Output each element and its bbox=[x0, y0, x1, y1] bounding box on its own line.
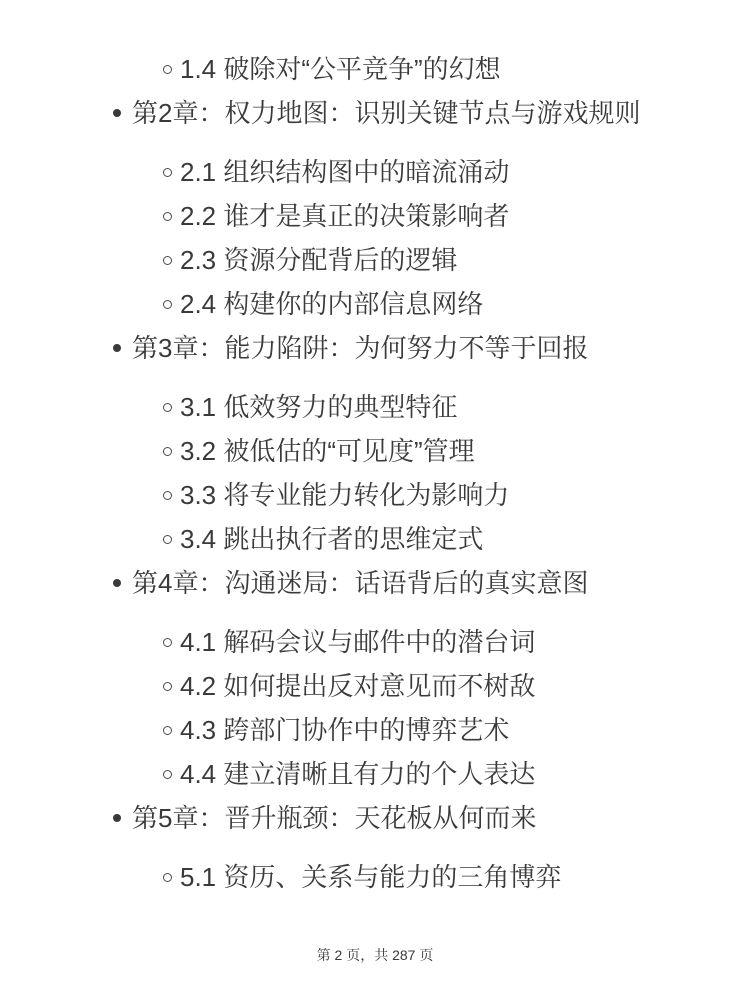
bullet-circle-icon bbox=[163, 212, 172, 221]
toc-subitem-label: 4.1 解码会议与邮件中的潜台词 bbox=[180, 627, 535, 657]
toc-subitem-label: 3.3 将专业能力转化为影响力 bbox=[180, 480, 509, 510]
toc-subitem-label: 4.3 跨部门协作中的博弈艺术 bbox=[180, 715, 509, 745]
bullet-circle-icon bbox=[163, 65, 172, 74]
bullet-circle-icon bbox=[163, 873, 172, 882]
page-number: 第 2 页，共 287 页 bbox=[0, 947, 750, 964]
chapter-title-label: 第2章：权力地图：识别关键节点与游戏规则 bbox=[132, 98, 640, 128]
toc-chapter: 第3章：能力陷阱：为何努力不等于回报 3.1 低效努力的典型特征 3.2 被低估… bbox=[0, 333, 720, 554]
toc-subitem: 3.3 将专业能力转化为影响力 bbox=[0, 480, 720, 510]
bullet-circle-icon bbox=[163, 300, 172, 309]
toc-subitem: 2.2 谁才是真正的决策影响者 bbox=[0, 201, 720, 231]
toc-subitem: 4.4 建立清晰且有力的个人表达 bbox=[0, 759, 720, 789]
bullet-circle-icon bbox=[163, 682, 172, 691]
toc-subitem-label: 2.3 资源分配背后的逻辑 bbox=[180, 245, 457, 275]
chapter-title-label: 第4章：沟通迷局：话语背后的真实意图 bbox=[132, 568, 588, 598]
toc-subitem-label: 1.4 破除对“公平竞争”的幻想 bbox=[180, 54, 501, 84]
bullet-circle-icon bbox=[163, 491, 172, 500]
bullet-circle-icon bbox=[163, 535, 172, 544]
table-of-contents: 1.4 破除对“公平竞争”的幻想 第2章：权力地图：识别关键节点与游戏规则 2.… bbox=[0, 0, 750, 892]
bullet-circle-icon bbox=[163, 726, 172, 735]
chapter-title-label: 第5章：晋升瓶颈：天花板从何而来 bbox=[132, 803, 536, 833]
bullet-circle-icon bbox=[163, 168, 172, 177]
toc-subitem-label: 2.2 谁才是真正的决策影响者 bbox=[180, 201, 509, 231]
chapter-title-label: 第3章：能力陷阱：为何努力不等于回报 bbox=[132, 333, 588, 363]
bullet-circle-icon bbox=[163, 447, 172, 456]
toc-subitem-label: 5.1 资历、关系与能力的三角博弈 bbox=[180, 862, 561, 892]
toc-subitem: 2.1 组织结构图中的暗流涌动 bbox=[0, 157, 720, 187]
toc-subitem-label: 2.1 组织结构图中的暗流涌动 bbox=[180, 157, 509, 187]
toc-subitem-label: 3.1 低效努力的典型特征 bbox=[180, 392, 457, 422]
toc-subitem: 3.1 低效努力的典型特征 bbox=[0, 392, 720, 422]
toc-subitem-label: 3.2 被低估的“可见度”管理 bbox=[180, 436, 475, 466]
toc-subitem: 4.3 跨部门协作中的博弈艺术 bbox=[0, 715, 720, 745]
toc-chapter: 第2章：权力地图：识别关键节点与游戏规则 2.1 组织结构图中的暗流涌动 2.2… bbox=[0, 98, 720, 319]
toc-subitem: 3.2 被低估的“可见度”管理 bbox=[0, 436, 720, 466]
chapter-title: 第4章：沟通迷局：话语背后的真实意图 bbox=[0, 568, 720, 598]
toc-subitem: 1.4 破除对“公平竞争”的幻想 bbox=[0, 54, 720, 84]
bullet-disc-icon bbox=[113, 109, 121, 117]
bullet-disc-icon bbox=[113, 579, 121, 587]
chapter-subitems: 4.1 解码会议与邮件中的潜台词 4.2 如何提出反对意见而不树敌 4.3 跨部… bbox=[0, 627, 720, 789]
toc-subitem-label: 4.2 如何提出反对意见而不树敌 bbox=[180, 671, 535, 701]
bullet-disc-icon bbox=[113, 344, 121, 352]
chapter-subitems: 2.1 组织结构图中的暗流涌动 2.2 谁才是真正的决策影响者 2.3 资源分配… bbox=[0, 157, 720, 319]
chapter-title: 第2章：权力地图：识别关键节点与游戏规则 bbox=[0, 98, 720, 128]
toc-chapter: 第4章：沟通迷局：话语背后的真实意图 4.1 解码会议与邮件中的潜台词 4.2 … bbox=[0, 568, 720, 789]
bullet-disc-icon bbox=[113, 814, 121, 822]
chapter-title: 第3章：能力陷阱：为何努力不等于回报 bbox=[0, 333, 720, 363]
toc-subitem-label: 2.4 构建你的内部信息网络 bbox=[180, 289, 483, 319]
bullet-circle-icon bbox=[163, 256, 172, 265]
toc-subitem: 4.1 解码会议与邮件中的潜台词 bbox=[0, 627, 720, 657]
toc-subitem: 2.3 资源分配背后的逻辑 bbox=[0, 245, 720, 275]
toc-subitem: 5.1 资历、关系与能力的三角博弈 bbox=[0, 862, 720, 892]
toc-subitem: 2.4 构建你的内部信息网络 bbox=[0, 289, 720, 319]
chapter-subitems: 5.1 资历、关系与能力的三角博弈 bbox=[0, 862, 720, 892]
bullet-circle-icon bbox=[163, 403, 172, 412]
document-page: 1.4 破除对“公平竞争”的幻想 第2章：权力地图：识别关键节点与游戏规则 2.… bbox=[0, 0, 750, 1000]
toc-subitem-label: 4.4 建立清晰且有力的个人表达 bbox=[180, 759, 535, 789]
toc-subitem: 3.4 跳出执行者的思维定式 bbox=[0, 524, 720, 554]
toc-subitem: 4.2 如何提出反对意见而不树敌 bbox=[0, 671, 720, 701]
bullet-circle-icon bbox=[163, 770, 172, 779]
chapter-subitems: 3.1 低效努力的典型特征 3.2 被低估的“可见度”管理 3.3 将专业能力转… bbox=[0, 392, 720, 554]
bullet-circle-icon bbox=[163, 638, 172, 647]
toc-chapter: 第5章：晋升瓶颈：天花板从何而来 5.1 资历、关系与能力的三角博弈 bbox=[0, 803, 720, 892]
toc-subitem-label: 3.4 跳出执行者的思维定式 bbox=[180, 524, 483, 554]
chapter-title: 第5章：晋升瓶颈：天花板从何而来 bbox=[0, 803, 720, 833]
